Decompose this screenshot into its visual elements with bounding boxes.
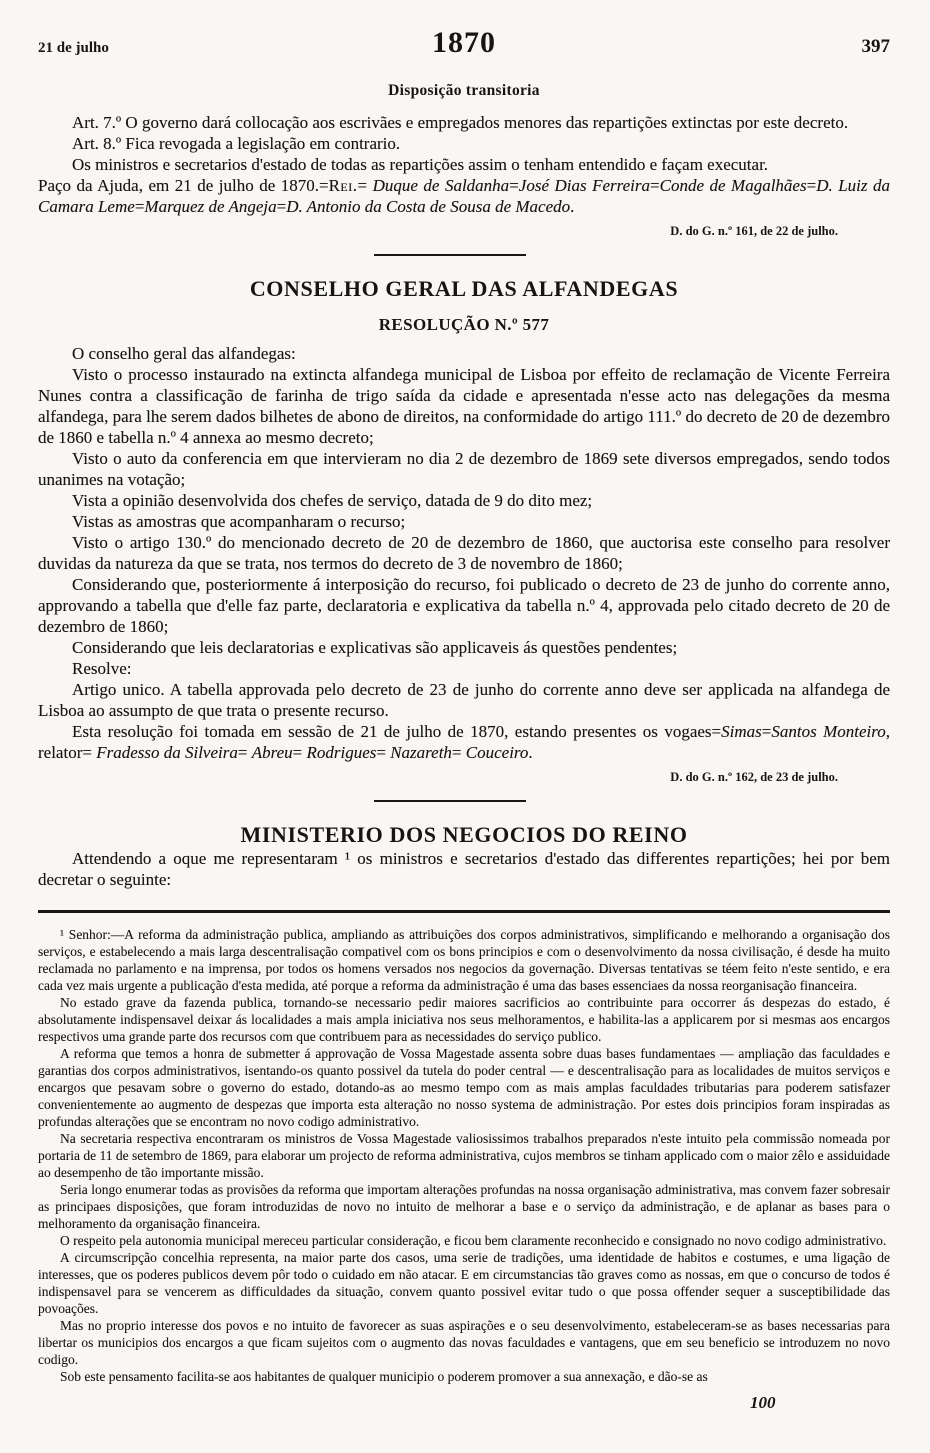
resolution-paragraph: Vista a opinião desenvolvida dos chefes … <box>38 490 890 511</box>
resolution-paragraph: Visto o artigo 130.º do mencionado decre… <box>38 532 890 574</box>
transitory-heading: Disposição transitoria <box>38 82 890 100</box>
footnote-paragraph: Sob este pensamento facilita-se aos habi… <box>38 1368 890 1385</box>
footnote-paragraph: ¹ Senhor:—A reforma da administração pub… <box>38 926 890 994</box>
footnote-paragraph: Na secretaria respectiva encontraram os … <box>38 1130 890 1181</box>
footnote-section: ¹ Senhor:—A reforma da administração pub… <box>38 926 890 1385</box>
masthead-year: 1870 <box>322 26 606 60</box>
section-divider-rule <box>374 254 526 256</box>
sheet-number: 100 <box>750 1393 776 1413</box>
ministry-heading: MINISTERIO DOS NEGOCIOS DO REINO <box>38 822 890 848</box>
royal-signature-line: Paço da Ajuda, em 21 de julho de 1870.=R… <box>38 175 890 217</box>
resolution-paragraph: Visto o auto da conferencia em que inter… <box>38 448 890 490</box>
section-ministry-kingdom: MINISTERIO DOS NEGOCIOS DO REINO Attende… <box>38 822 890 890</box>
footnote-paragraph: Mas no proprio interesse dos povos e no … <box>38 1317 890 1368</box>
resolution-paragraph: Visto o processo instaurado na extincta … <box>38 364 890 448</box>
article-7-paragraph: Art. 7.º O governo dará collocação aos e… <box>38 112 890 133</box>
footnote-paragraph: Seria longo enumerar todas as provisões … <box>38 1181 890 1232</box>
execution-paragraph: Os ministros e secretarios d'estado de t… <box>38 154 890 175</box>
section-customs-council: CONSELHO GERAL DAS ALFANDEGAS RESOLUÇÃO … <box>38 276 890 802</box>
section-transitory-provision: Disposição transitoria Art. 7.º O govern… <box>38 82 890 256</box>
article-8-paragraph: Art. 8.º Fica revogada a legislação em c… <box>38 133 890 154</box>
customs-council-heading: CONSELHO GERAL DAS ALFANDEGAS <box>38 276 890 302</box>
gazette-page: 21 de julho 1870 397 Disposição transito… <box>0 0 930 1453</box>
masthead-folio-number: 397 <box>606 36 890 58</box>
resolution-paragraph: O conselho geral das alfandegas: <box>38 343 890 364</box>
resolution-number-heading: RESOLUÇÃO N.º 577 <box>38 315 890 335</box>
resolution-paragraph: Vistas as amostras que acompanharam o re… <box>38 511 890 532</box>
footnote-paragraph: A circumscripção concelhia representa, n… <box>38 1249 890 1317</box>
footnote-paragraph: O respeito pela autonomia municipal mere… <box>38 1232 890 1249</box>
footnote-separator-rule <box>38 910 890 913</box>
page-masthead: 21 de julho 1870 397 <box>38 26 890 60</box>
gazette-reference: D. do G. n.º 162, de 23 de julho. <box>38 770 838 785</box>
resolution-paragraph: Considerando que, posteriormente á inter… <box>38 574 890 637</box>
gazette-reference: D. do G. n.º 161, de 22 de julho. <box>38 224 838 239</box>
session-attendance-line: Esta resolução foi tomada em sessão de 2… <box>38 721 890 763</box>
footnote-paragraph: A reforma que temos a honra de submetter… <box>38 1045 890 1130</box>
resolution-paragraph: Considerando que leis declaratorias e ex… <box>38 637 890 658</box>
resolution-paragraph: Artigo unico. A tabella approvada pelo d… <box>38 679 890 721</box>
section-divider-rule <box>374 800 526 802</box>
ministry-opening-paragraph: Attendendo a oque me representaram ¹ os … <box>38 848 890 890</box>
resolution-paragraph: Resolve: <box>38 658 890 679</box>
footnote-paragraph: No estado grave da fazenda publica, torn… <box>38 994 890 1045</box>
masthead-date: 21 de julho <box>38 40 322 57</box>
